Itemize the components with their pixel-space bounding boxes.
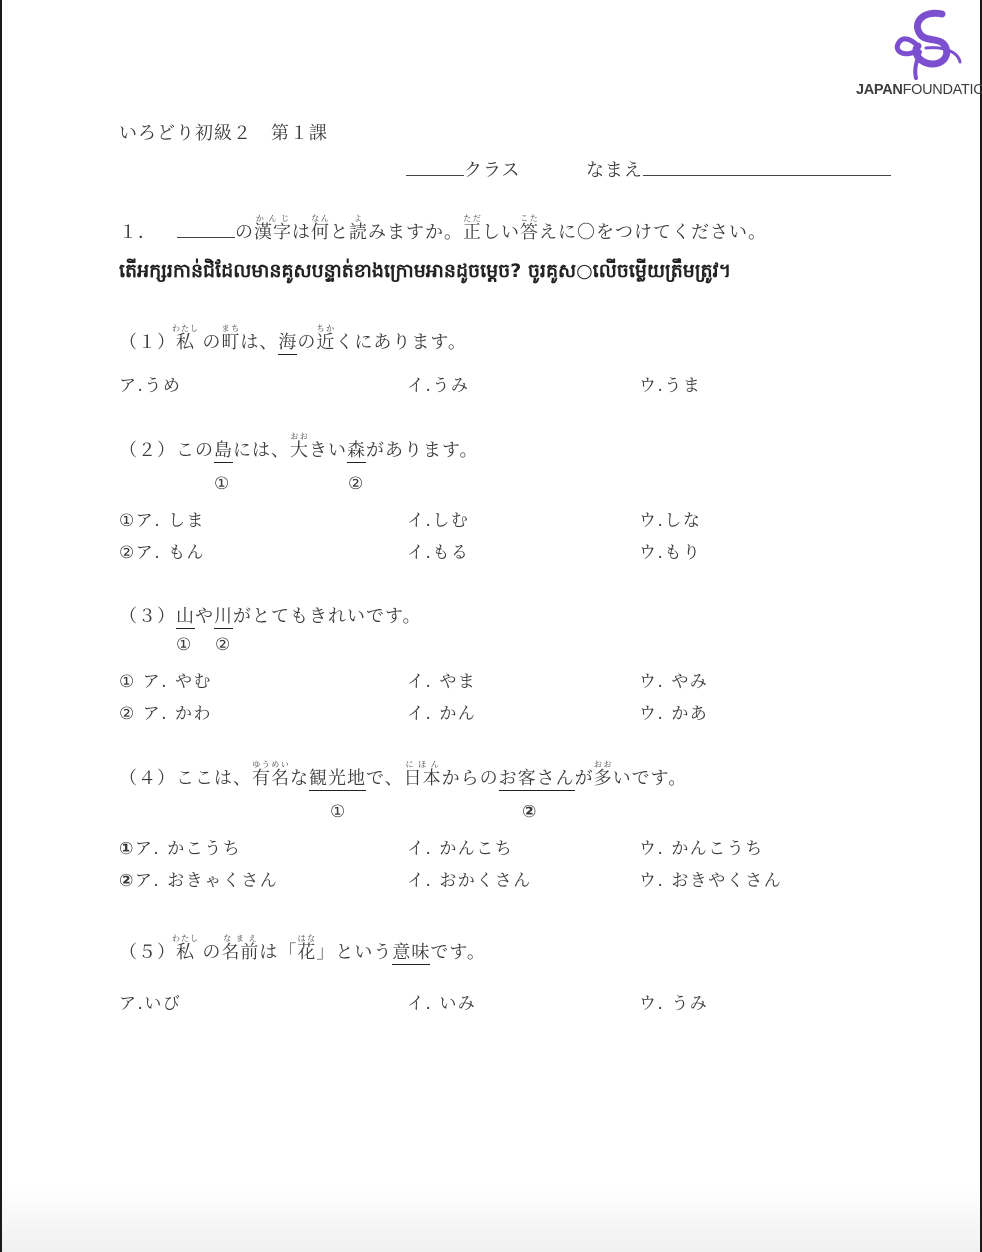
question-5: （５）私わたし の名前なまえは「花はな」という意味です。	[119, 934, 486, 964]
target-word-2: お客さん	[499, 768, 575, 791]
marker-2: ②	[215, 635, 230, 655]
marker-2: ②	[348, 474, 363, 494]
question-label: （３）	[119, 606, 176, 627]
q2-row1-option-a[interactable]: ①ア. しま	[119, 506, 205, 531]
q1-option-i[interactable]: イ.うみ	[407, 371, 469, 396]
question-label: （４）	[119, 768, 176, 789]
brand-wordmark: JAPANFOUNDATION	[856, 82, 982, 98]
name-blank[interactable]	[643, 159, 891, 176]
question-4: （４）ここは、有名ゆうめいな観光地で、日本にほんからのお客さんが多おおいです。	[119, 760, 687, 790]
q5-option-a[interactable]: ア.いび	[119, 989, 181, 1014]
q2-row1-option-u[interactable]: ウ.しな	[639, 506, 701, 531]
q4-row1-option-i[interactable]: イ. かんこち	[407, 834, 513, 859]
q3-row2-option-i[interactable]: イ. かん	[407, 699, 476, 724]
q5-option-u[interactable]: ウ. うみ	[639, 989, 708, 1014]
q4-row2-option-u[interactable]: ウ. おきやくさん	[639, 866, 782, 891]
worksheet-page: JAPANFOUNDATION いろどり初級２ 第１課 クラス なまえ １．の漢…	[0, 0, 982, 1252]
marker-1: ①	[176, 635, 191, 655]
target-kanji-1: 島	[214, 440, 233, 463]
q2-row2-option-u[interactable]: ウ.もり	[639, 538, 701, 563]
question-label: （５）	[119, 942, 176, 963]
target-word-1: 観光地	[309, 768, 366, 791]
q4-row1-option-u[interactable]: ウ. かんこうち	[639, 834, 764, 859]
q4-row2-option-a[interactable]: ②ア. おきゃくさん	[119, 866, 278, 891]
q1-option-u[interactable]: ウ.うま	[639, 371, 701, 396]
q4-row1-option-a[interactable]: ①ア. かこうち	[119, 834, 241, 859]
q2-row1-option-i[interactable]: イ.しむ	[407, 506, 469, 531]
question-3: （３）山や川がとてもきれいです。	[119, 602, 422, 628]
q1-option-a[interactable]: ア.うめ	[119, 371, 181, 396]
target-kanji-2: 川	[214, 606, 233, 629]
q3-row1-option-u[interactable]: ウ. やみ	[639, 667, 708, 692]
q5-option-i[interactable]: イ. いみ	[407, 989, 476, 1014]
marker-2: ②	[522, 802, 536, 822]
q2-row2-option-i[interactable]: イ.もる	[407, 538, 469, 563]
target-word: 意味	[392, 942, 430, 965]
section1-instruction: １．の漢字かんじは何なんと読よみますか。正ただしい答こたえに〇をつけてください。	[119, 214, 767, 244]
instruction-blank	[177, 221, 235, 238]
marker-1: ①	[330, 802, 345, 822]
question-label: （１）	[119, 332, 176, 353]
question-1: （１）私わたし の町まちは、海の近ちかくにあります。	[119, 324, 467, 354]
section-number: １．	[119, 222, 157, 243]
q4-row2-option-i[interactable]: イ. おかくさん	[407, 866, 532, 891]
class-blank[interactable]	[406, 159, 464, 176]
q3-row1-option-a[interactable]: ① ア. やむ	[119, 667, 212, 692]
target-kanji-2: 森	[347, 440, 366, 463]
section1-instruction-khmer: តើអក្សរកាន់ជិដែលមានគូសបន្ទាត់ខាងក្រោមអាន…	[119, 259, 731, 287]
question-2: （２）この島には、大おおきい森があります。	[119, 432, 479, 462]
class-name-line: クラス なまえ	[406, 156, 891, 182]
course-title: いろどり初級２ 第１課	[119, 119, 328, 145]
class-label: クラス	[464, 160, 520, 181]
q2-row2-option-a[interactable]: ②ア. もん	[119, 538, 205, 563]
question-label: （２）	[119, 440, 176, 461]
q3-row2-option-a[interactable]: ② ア. かわ	[119, 699, 212, 724]
target-kanji-1: 山	[176, 606, 195, 629]
marker-1: ①	[214, 474, 229, 494]
name-label: なまえ	[586, 160, 643, 181]
q3-row2-option-u[interactable]: ウ. かあ	[639, 699, 708, 724]
target-kanji: 海	[278, 332, 297, 355]
q3-row1-option-i[interactable]: イ. やま	[407, 667, 476, 692]
